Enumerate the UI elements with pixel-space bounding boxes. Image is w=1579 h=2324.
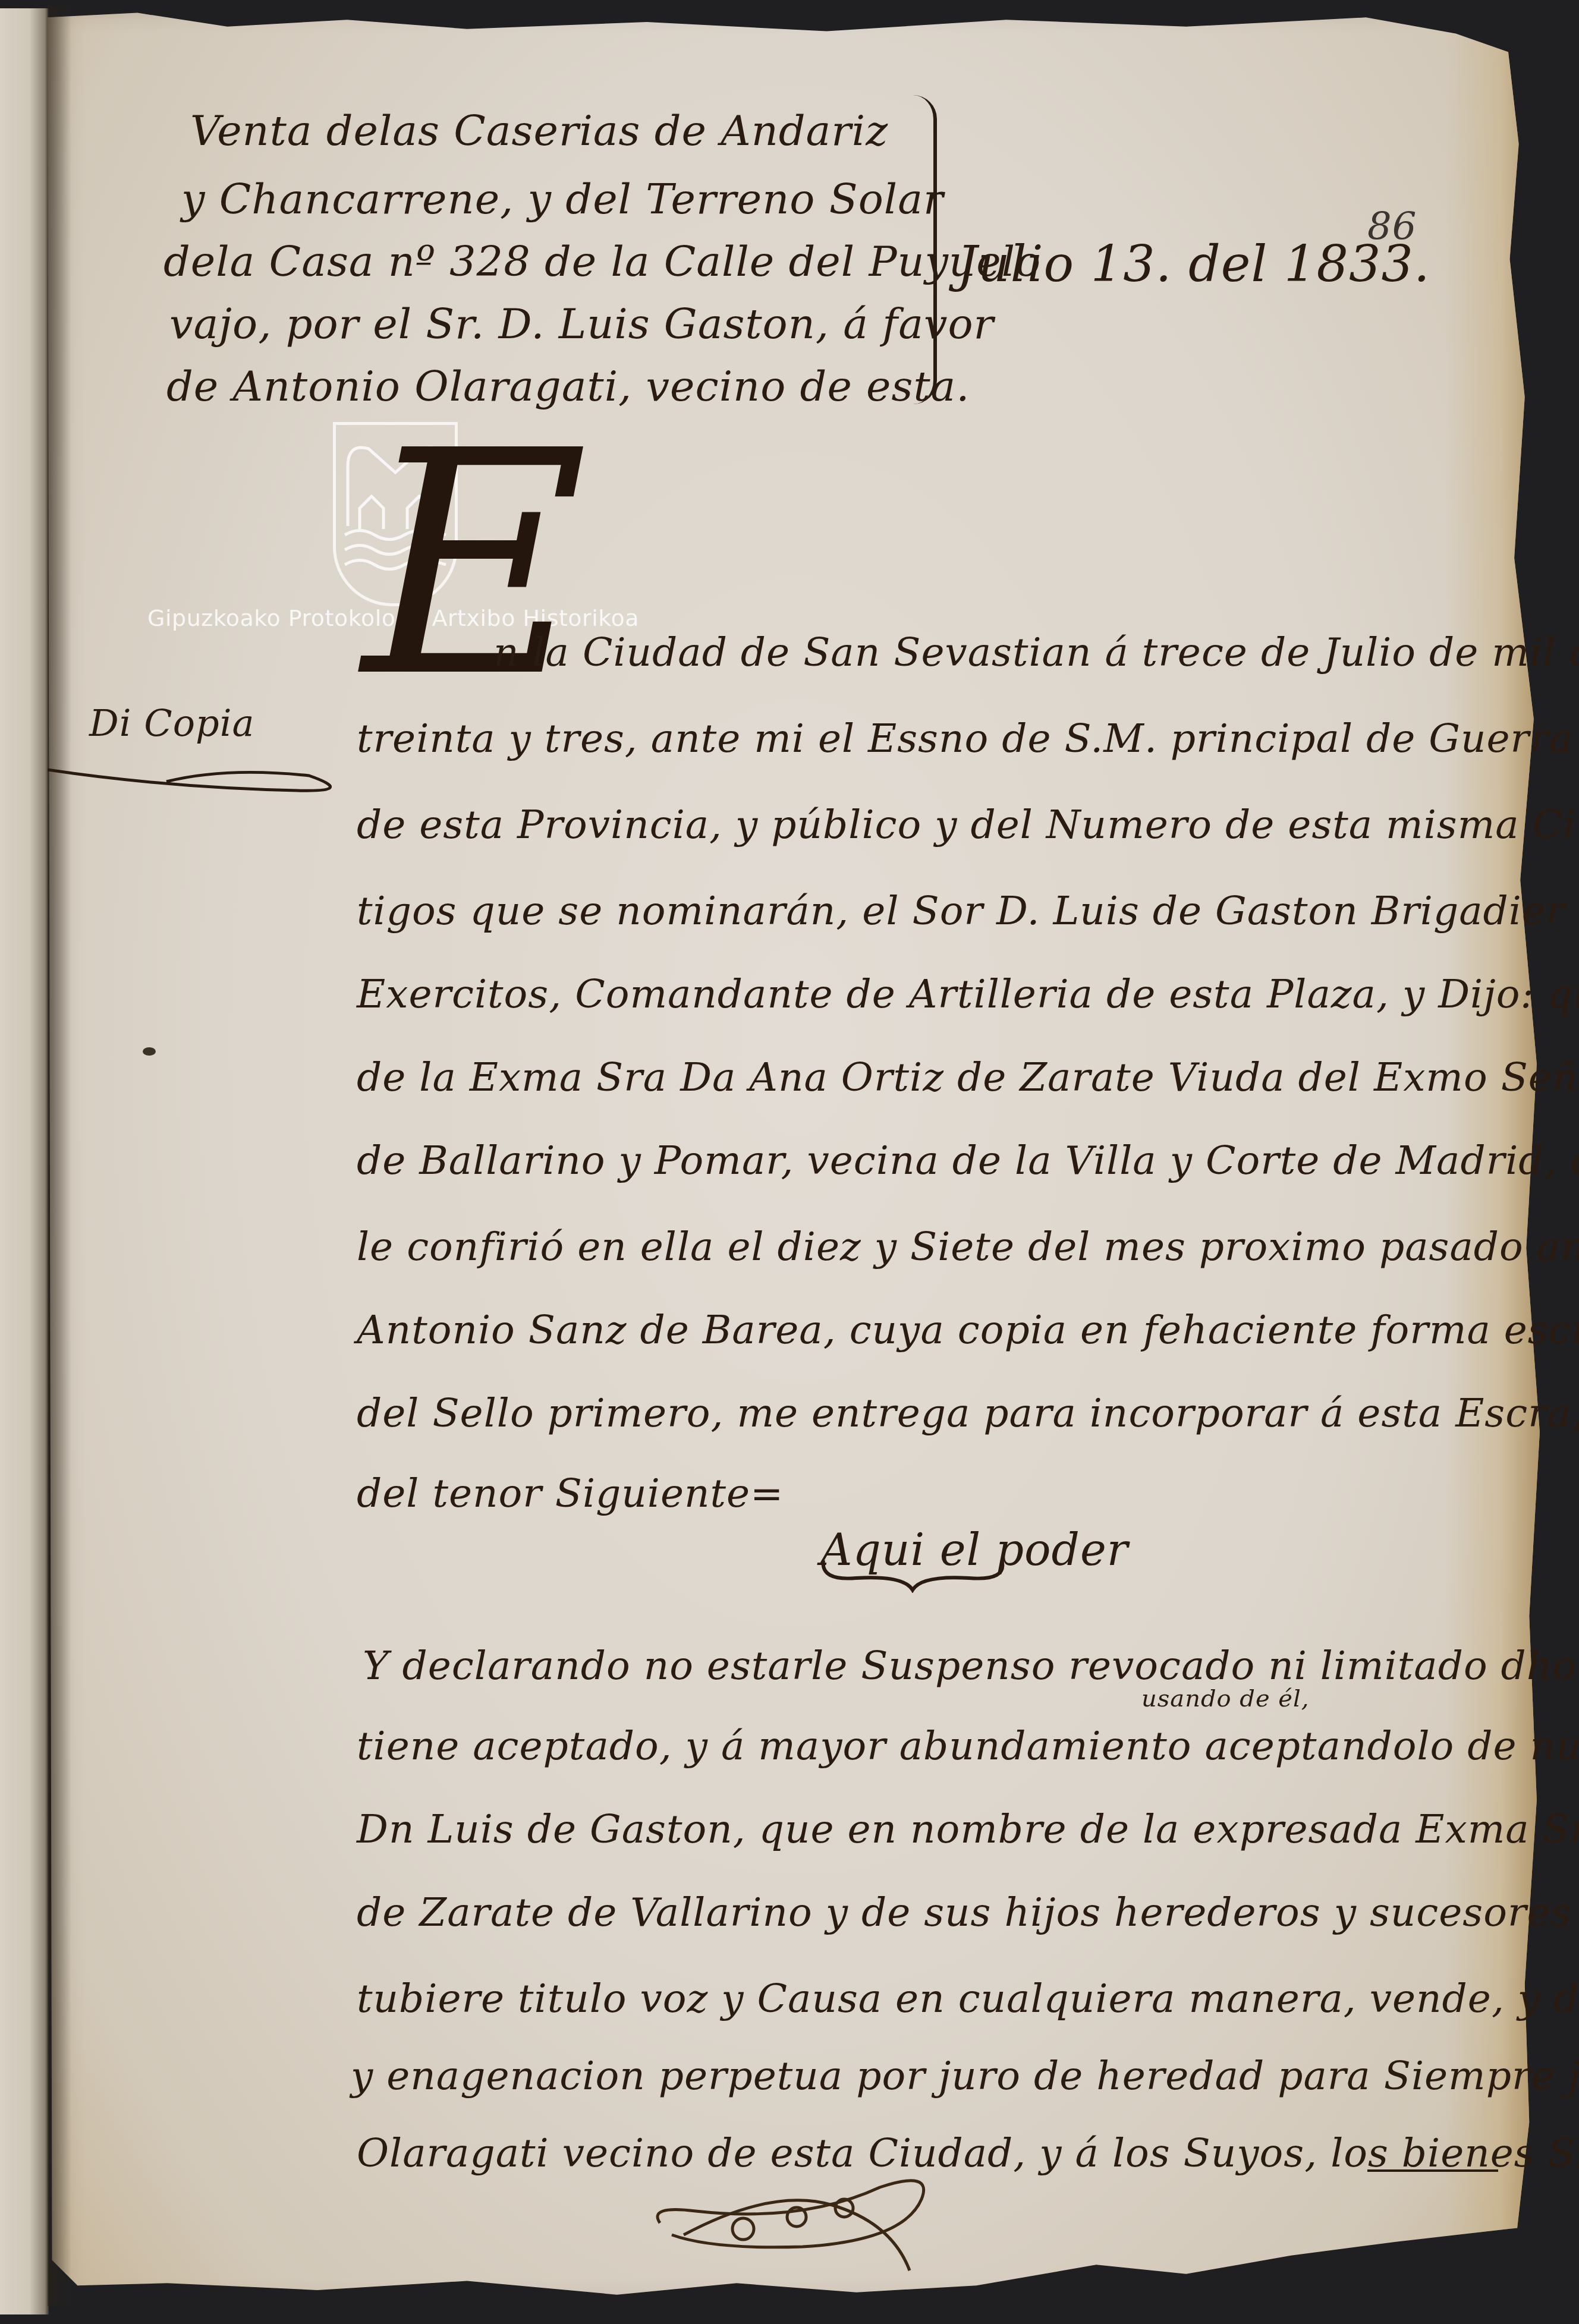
margin-note: Di Copia	[89, 701, 255, 745]
line-filler-rule	[1367, 2169, 1498, 2172]
body-line-5: Exercitos, Comandante de Artilleria de e…	[357, 975, 1579, 1014]
body-line-2: treinta y tres, ante mi el Essno de S.M.…	[357, 719, 1579, 758]
summary-line-1: Venta delas Caserias de Andariz	[190, 110, 888, 152]
body-line-7: de Ballarino y Pomar, vecina de la Villa…	[357, 1141, 1579, 1180]
interlinear-insertion: usando de él,	[1141, 1685, 1309, 1712]
document-date: Julio 13. del 1833.	[957, 235, 1430, 293]
body-line-3: de esta Provincia, y público y del Numer…	[357, 805, 1579, 845]
body-line-9: Antonio Sanz de Barea, cuya copia en feh…	[357, 1311, 1579, 1350]
body-continuation-line-4: de Zarate de Vallarino y de sus hijos he…	[357, 1893, 1579, 1932]
body-line-6: de la Exma Sra Da Ana Ortiz de Zarate Vi…	[357, 1058, 1579, 1097]
summary-bracket	[910, 95, 937, 404]
body-line-4: tigos que se nominarán, el Sor D. Luis d…	[357, 892, 1579, 931]
body-continuation-line-6: y enagenacion perpetua por juro de hered…	[351, 2057, 1579, 2096]
body-line-8: le confirió en ella el diez y Siete del …	[357, 1227, 1579, 1267]
body-line-11: del tenor Siguiente=	[357, 1474, 784, 1513]
folio-number: 86	[1367, 205, 1417, 249]
heading-underline-brace-icon	[820, 1557, 1011, 1593]
body-line-1: n la Ciudad de San Sevastian á trece de …	[493, 633, 1579, 672]
summary-line-2: y Chancarrene, y del Terreno Solar	[181, 178, 943, 220]
margin-flourish-icon	[48, 764, 357, 799]
body-continuation-line-3: Dn Luis de Gaston, que en nombre de la e…	[357, 1810, 1579, 1849]
facing-page-edge	[0, 8, 49, 2314]
binding-gutter-shadow	[48, 6, 71, 2306]
body-continuation-line-2: tiene aceptado, y á mayor abundamiento a…	[357, 1727, 1579, 1766]
body-continuation-line-1: Y declarando no estarle Suspenso revocad…	[363, 1646, 1579, 1686]
binding-hole	[143, 1047, 156, 1056]
body-continuation-line-5: tubiere titulo voz y Causa en cualquiera…	[357, 1979, 1579, 2018]
notary-rubric-flourish-icon	[624, 2152, 1040, 2282]
body-line-10: del Sello primero, me entrega para incor…	[357, 1394, 1579, 1433]
summary-line-4: vajo, por el Sr. D. Luis Gaston, á favor	[169, 303, 994, 345]
